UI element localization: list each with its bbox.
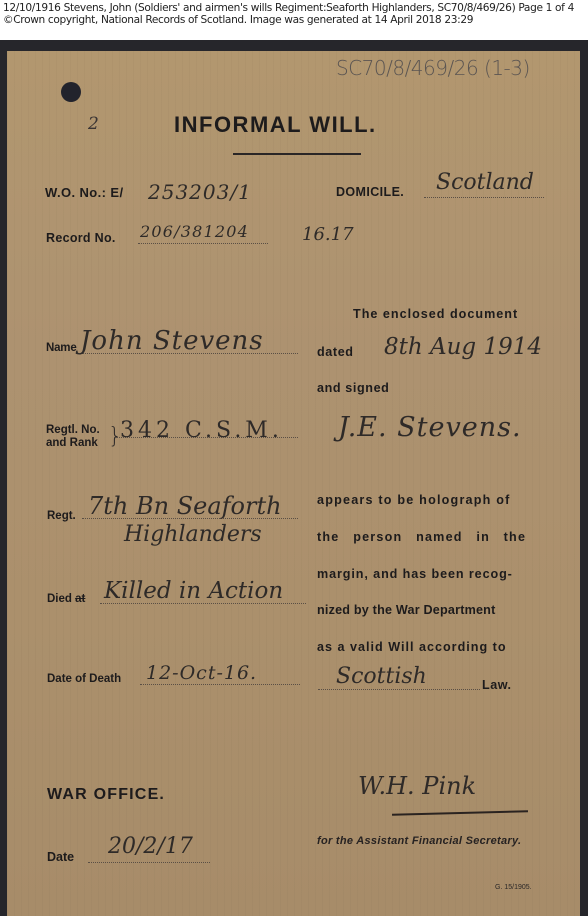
domicile-label: DOMICILE.: [336, 185, 404, 199]
died-value: Killed in Action: [104, 578, 283, 604]
regtl-no-label: Regtl. No. and Rank: [46, 424, 100, 450]
archive-reference: SC70/8/469/26 (1-3): [336, 56, 530, 80]
official-signature: W.H. Pink: [358, 772, 476, 800]
record-no-value: 206/381204: [140, 222, 249, 241]
statement-line-enclosed: The enclosed document: [353, 307, 518, 321]
date-label: Date: [47, 850, 74, 864]
law-dotted-line: [318, 689, 480, 690]
signed-label: and signed: [317, 381, 389, 395]
regt-label: Regt.: [47, 510, 76, 522]
date-of-death-dotted-line: [140, 684, 300, 685]
died-label: Died at: [47, 593, 85, 605]
header-title-line: 12/10/1916 Stevens, John (Soldiers' and …: [3, 2, 588, 14]
wo-no-value: 253203/1: [148, 180, 252, 204]
war-office-heading: WAR OFFICE.: [47, 786, 165, 804]
regt-value-line2: Highlanders: [124, 522, 262, 547]
date-dotted-line: [88, 862, 210, 863]
margin-mark: 2: [88, 114, 99, 134]
regtl-no-value: 342 C.S.M.: [120, 418, 283, 443]
regt-value-line1: 7th Bn Seaforth: [88, 492, 282, 520]
testator-signature: J.E. Stevens.: [338, 412, 522, 443]
dated-label: dated: [317, 345, 354, 359]
statement-line-holograph: appears to be holograph of: [317, 493, 511, 507]
statement-line-recognized: nized by the War Department: [317, 603, 495, 617]
domicile-dotted-line: [424, 197, 544, 198]
title-underline: [233, 153, 361, 155]
record-no-dotted-line: [138, 243, 268, 244]
dated-value: 8th Aug 1914: [384, 334, 542, 360]
form-code: G. 15/1905.: [495, 884, 532, 891]
domicile-value: Scotland: [436, 170, 534, 195]
date-of-death-label: Date of Death: [47, 673, 121, 685]
header-copyright-line: ©Crown copyright, National Records of Sc…: [3, 14, 588, 26]
name-value: John Stevens: [80, 326, 264, 356]
statement-line-margin: margin, and has been recog-: [317, 567, 513, 581]
wo-no-label: W.O. No.: E/: [45, 185, 123, 200]
official-role: for the Assistant Financial Secretary.: [317, 835, 521, 847]
statement-line-valid: as a valid Will according to: [317, 640, 507, 654]
law-label: Law.: [482, 678, 512, 692]
page-title: INFORMAL WILL.: [174, 112, 377, 138]
law-value: Scottish: [336, 664, 427, 689]
record-no-note: 16.17: [302, 224, 354, 245]
record-no-label: Record No.: [46, 231, 116, 245]
page-header: 12/10/1916 Stevens, John (Soldiers' and …: [3, 2, 588, 26]
statement-line-person: the person named in the: [317, 530, 526, 544]
punch-hole: [61, 82, 81, 102]
date-of-death-value: 12-Oct-16.: [146, 662, 257, 684]
date-value: 20/2/17: [108, 834, 193, 859]
name-label: Name: [46, 342, 77, 354]
